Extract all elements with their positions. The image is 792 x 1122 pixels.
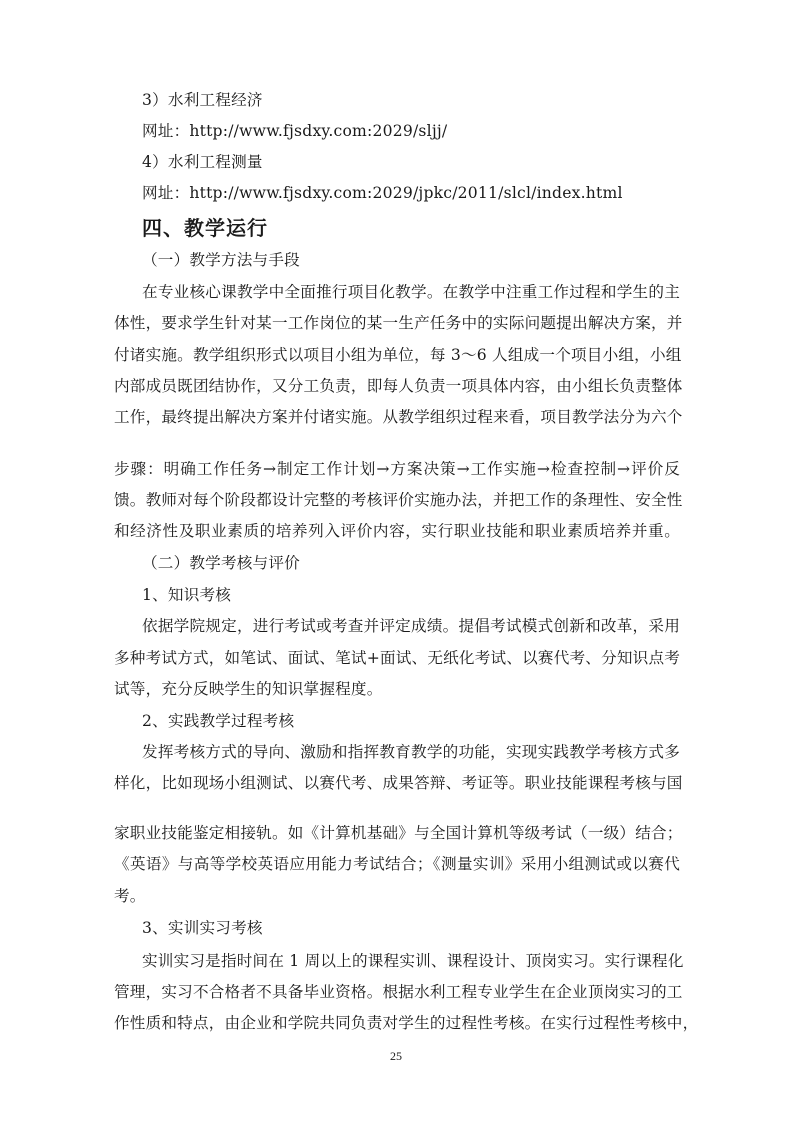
paragraph-line: 作性质和特点，由企业和学院共同负责对学生的过程性考核。在实行过程性考核中， xyxy=(114,1013,680,1033)
paragraph-line: 考。 xyxy=(114,886,146,906)
course-url-line[interactable]: 网址：http://www.fjsdxy.com:2029/jpkc/2011/… xyxy=(142,183,623,203)
paragraph-line: 管理，实习不合格者不具备毕业资格。根据水利工程专业学生在企业顶岗实习的工 xyxy=(114,982,680,1002)
subsection-title: （二）教学考核与评价 xyxy=(142,553,300,573)
item-title: 1、知识考核 xyxy=(142,585,231,605)
paragraph-line: 多种考试方式，如笔试、面试、笔试+面试、无纸化考试、以赛代考、分知识点考 xyxy=(114,648,680,668)
paragraph-line: 试等，充分反映学生的知识掌握程度。 xyxy=(114,679,383,699)
course-item-label: 4）水利工程测量 xyxy=(142,152,263,172)
paragraph-line: 《英语》与高等学校英语应用能力考试结合；《测量实训》采用小组测试或以赛代 xyxy=(114,854,680,874)
item-title: 2、实践教学过程考核 xyxy=(142,711,294,731)
paragraph-line: 工作，最终提出解决方案并付诸实施。从教学组织过程来看，项目教学法分为六个 xyxy=(114,407,680,427)
paragraph-line: 依据学院规定，进行考试或考查并评定成绩。提倡考试模式创新和改革，采用 xyxy=(142,616,680,636)
page-number: 25 xyxy=(0,1049,792,1064)
section-heading: 四、教学运行 xyxy=(142,216,268,240)
subsection-title: （一）教学方法与手段 xyxy=(142,250,300,270)
paragraph-line: 在专业核心课教学中全面推行项目化教学。在教学中注重工作过程和学生的主 xyxy=(142,282,680,302)
paragraph-line: 样化，比如现场小组测试、以赛代考、成果答辩、考证等。职业技能课程考核与国 xyxy=(114,773,680,793)
item-title: 3、实训实习考核 xyxy=(142,918,263,938)
paragraph-line: 步骤：明确工作任务→制定工作计划→方案决策→工作实施→检查控制→评价反 xyxy=(114,459,680,479)
paragraph-line: 馈。教师对每个阶段都设计完整的考核评价实施办法，并把工作的条理性、安全性 xyxy=(114,490,680,510)
paragraph-line: 和经济性及职业素质的培养列入评价内容，实行职业技能和职业素质培养并重。 xyxy=(114,521,680,541)
paragraph-line: 发挥考核方式的导向、激励和指挥教育教学的功能，实现实践教学考核方式多 xyxy=(142,742,680,762)
paragraph-line: 实训实习是指时间在 1 周以上的课程实训、课程设计、顶岗实习。实行课程化 xyxy=(142,951,680,971)
course-url-line[interactable]: 网址：http://www.fjsdxy.com:2029/sljj/ xyxy=(142,121,447,141)
paragraph-line: 内部成员既团结协作，又分工负责，即每人负责一项具体内容，由小组长负责整体 xyxy=(114,376,680,396)
paragraph-line: 家职业技能鉴定相接轨。如《计算机基础》与全国计算机等级考试（一级）结合； xyxy=(114,823,680,843)
course-item-label: 3）水利工程经济 xyxy=(142,90,263,110)
paragraph-line: 付诸实施。教学组织形式以项目小组为单位，每 3～6 人组成一个项目小组，小组 xyxy=(114,345,680,365)
paragraph-line: 体性，要求学生针对某一工作岗位的某一生产任务中的实际问题提出解决方案，并 xyxy=(114,313,680,333)
